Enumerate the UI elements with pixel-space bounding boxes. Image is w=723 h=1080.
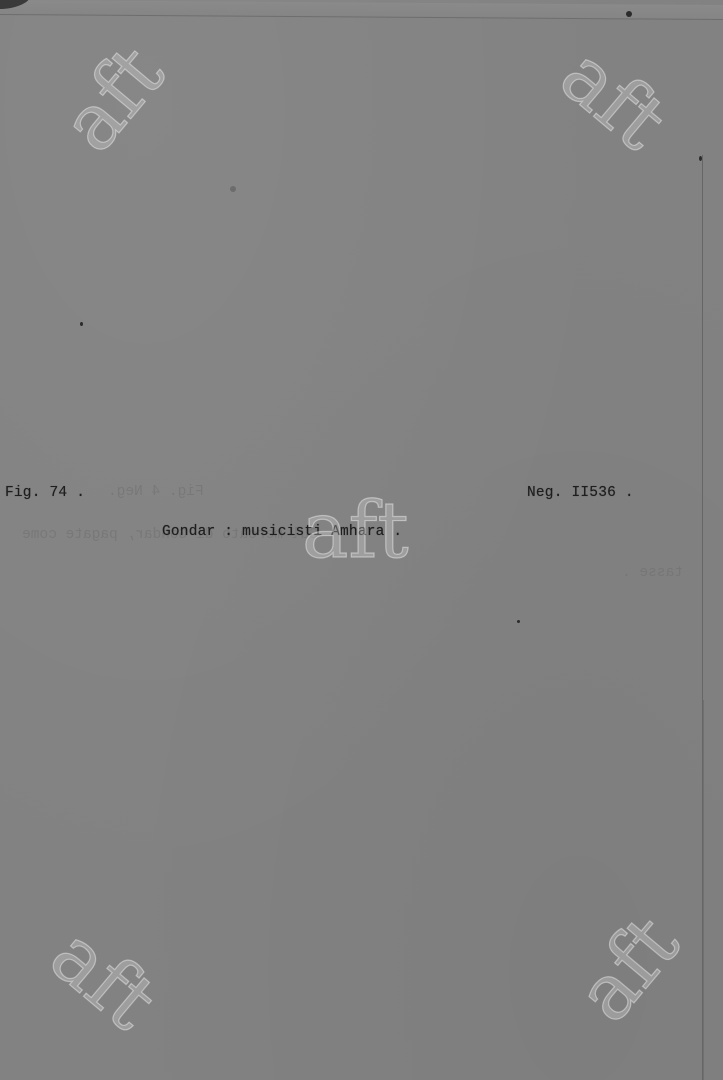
figure-label: Fig. 74 . <box>5 485 85 501</box>
ink-speck <box>80 322 83 326</box>
negative-number: Neg. II536 . <box>527 485 634 501</box>
show-through-text: tasse . <box>622 565 683 581</box>
watermark-logo: aft <box>37 915 169 1043</box>
stain-speck <box>230 186 236 192</box>
ink-speck <box>517 620 520 623</box>
ink-speck <box>626 11 632 17</box>
watermark-logo: aft <box>302 492 409 570</box>
card-top-edge <box>0 0 723 20</box>
watermark-logo: aft <box>547 35 679 163</box>
watermark-logo: aft <box>49 33 177 165</box>
card-edge-line <box>703 700 704 1080</box>
archive-card: Fig. 4 Neg. Sul mercato di Gondar, pagat… <box>0 0 723 1080</box>
watermark-logo: aft <box>564 903 692 1035</box>
show-through-text: Fig. 4 Neg. <box>108 484 204 500</box>
